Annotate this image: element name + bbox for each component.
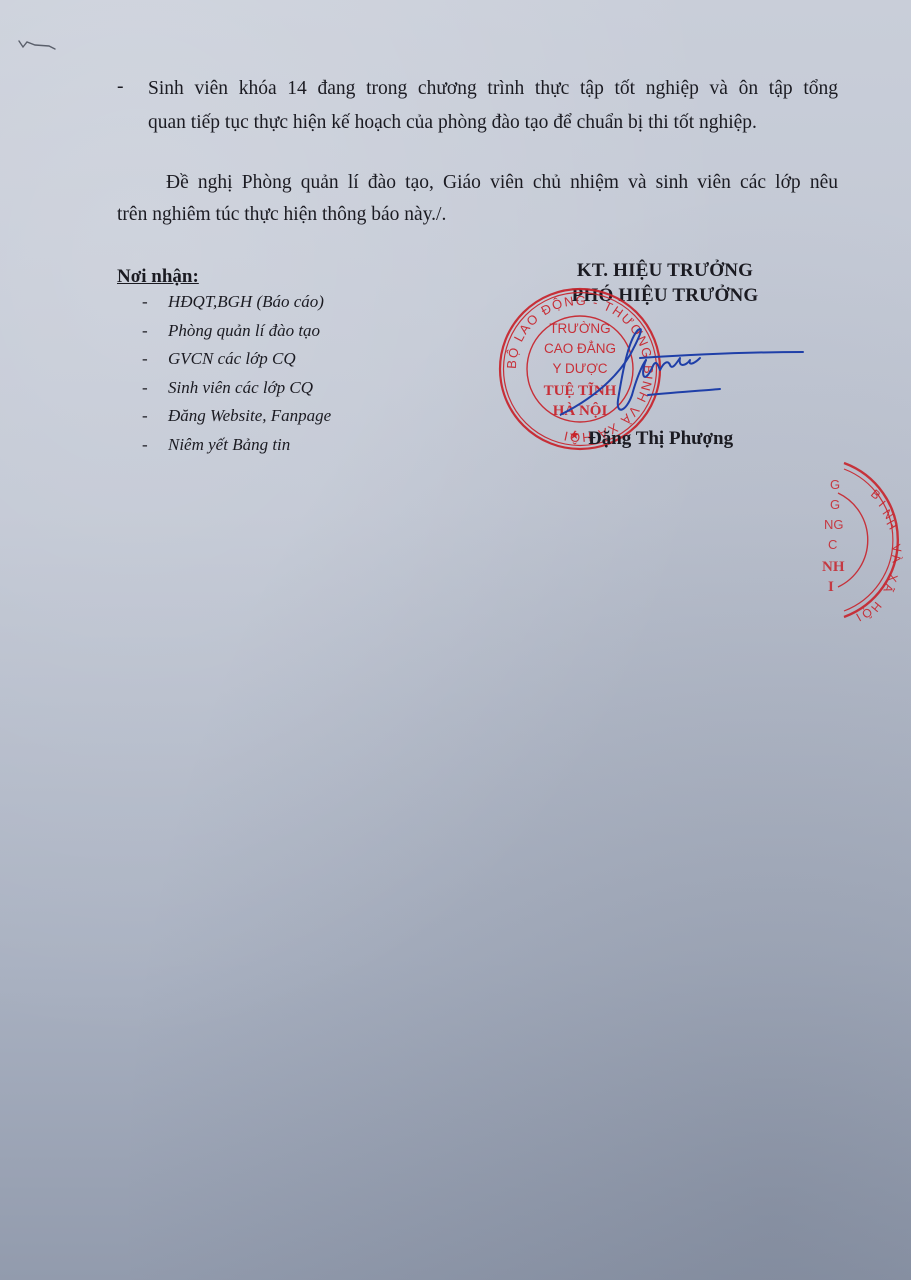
recipient-label: Đăng Website, Fanpage — [168, 406, 331, 435]
recipient-item: -GVCN các lớp CQ — [142, 349, 331, 378]
signer-name: Đặng Thị Phượng — [588, 428, 733, 450]
svg-text:I: I — [828, 579, 834, 595]
document-page: - Sinh viên khóa 14 đang trong chương tr… — [0, 0, 911, 1280]
pen-mark-icon — [15, 33, 60, 53]
recipient-item: -Đăng Website, Fanpage — [142, 406, 331, 435]
recipient-label: HĐQT,BGH (Báo cáo) — [168, 292, 324, 321]
recipients-title: Nơi nhận: — [117, 266, 199, 288]
svg-text:Ã: Ã — [880, 582, 896, 594]
recipient-item: -HĐQT,BGH (Báo cáo) — [142, 292, 331, 321]
recipients-list: -HĐQT,BGH (Báo cáo) -Phòng quản lí đào t… — [142, 292, 331, 464]
svg-text:C: C — [828, 537, 837, 552]
svg-text:V: V — [889, 543, 904, 553]
paragraph-1-line-2: quan tiếp tục thực hiện kế hoạch của phò… — [148, 106, 838, 140]
paragraph-2-line-1: Đề nghị Phòng quản lí đào tạo, Giáo viên… — [166, 166, 838, 200]
bullet-dash: - — [117, 76, 124, 98]
handwritten-signature — [560, 320, 810, 430]
svg-text:G: G — [830, 497, 840, 512]
signature-title-1: KT. HIỆU TRƯỞNG — [560, 260, 770, 282]
paragraph-2-line-2: trên nghiêm túc thực hiện thông báo này.… — [117, 198, 817, 232]
recipient-item: -Sinh viên các lớp CQ — [142, 378, 331, 407]
svg-text:I: I — [876, 498, 889, 510]
svg-text:NH: NH — [822, 559, 845, 575]
recipient-label: Niêm yết Bảng tin — [168, 435, 290, 464]
recipient-item: -Niêm yết Bảng tin — [142, 435, 331, 464]
recipient-label: Sinh viên các lớp CQ — [168, 378, 313, 407]
recipient-label: Phòng quản lí đào tạo — [168, 321, 320, 350]
recipient-item: -Phòng quản lí đào tạo — [142, 321, 331, 350]
partial-seal-icon: B I N H V À X Ã H Ộ I G G NG C NH I — [800, 455, 911, 625]
svg-text:À: À — [889, 554, 905, 563]
stamp-star-icon: ★ — [569, 428, 580, 442]
recipient-label: GVCN các lớp CQ — [168, 349, 296, 378]
svg-text:NG: NG — [824, 517, 844, 532]
paragraph-1-line-1: Sinh viên khóa 14 đang trong chương trìn… — [148, 72, 838, 106]
svg-text:G: G — [830, 477, 840, 492]
